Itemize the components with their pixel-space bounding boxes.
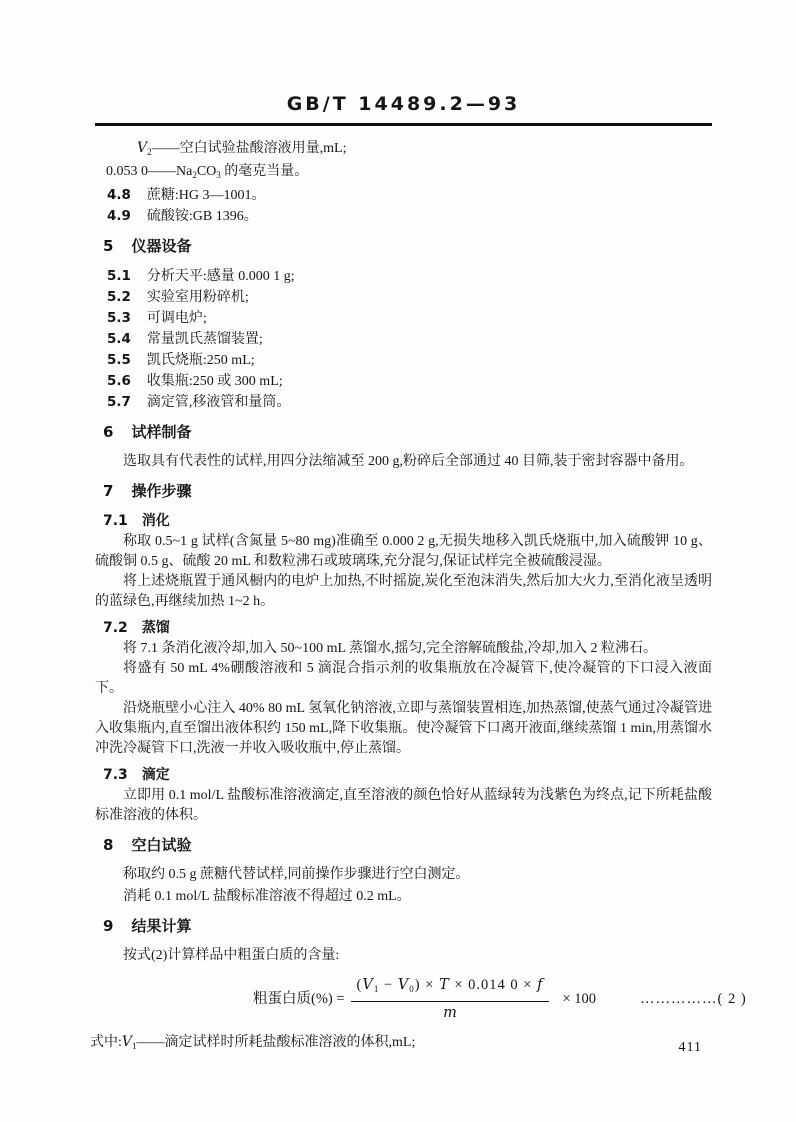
section-title: 试样制备: [131, 423, 191, 441]
clause-text: 收集瓶:250 或 300 mL;: [147, 374, 283, 389]
subsection-7-3-paragraph: 立即用 0.1 mol/L 盐酸标准溶液滴定,直至溶液的颜色恰好从蓝绿转为浅紫色…: [95, 786, 712, 826]
clause-5-2: 5.2实验室用粉碎机;: [95, 287, 712, 308]
clause-text: 硫酸铵:GB 1396。: [147, 209, 258, 224]
section-number: 8: [103, 836, 113, 854]
clause-5-4: 5.4常量凯氏蒸馏装置;: [95, 329, 712, 350]
formula-part: × 0.014 0 ×: [450, 977, 537, 993]
crude-protein-formula: 粗蛋白质(%) = (V1 − V0) × T × 0.014 0 × f m …: [95, 975, 712, 1023]
clause-text: 可调电炉;: [147, 311, 207, 326]
section-title: 蒸馏: [142, 620, 170, 636]
section-7-heading: 7操作步骤: [95, 481, 712, 501]
clause-text: 蔗糖:HG 3—1001。: [147, 188, 266, 203]
clause-5-6: 5.6收集瓶:250 或 300 mL;: [95, 371, 712, 392]
section-title: 结果计算: [131, 917, 191, 935]
formula-part: ) ×: [415, 977, 439, 993]
clause-4-8: 4.8蔗糖:HG 3—1001。: [95, 185, 712, 206]
section-number: 5: [103, 237, 113, 255]
subsection-7-2-heading: 7.2蒸馏: [95, 618, 712, 638]
variable-symbol: V: [137, 140, 147, 156]
clause-5-5: 5.5凯氏烧瓶:250 mL;: [95, 350, 712, 371]
clause-number: 5.4: [107, 331, 131, 347]
section-title: 滴定: [142, 767, 170, 783]
clause-text: 分析天平:感量 0.000 1 g;: [147, 269, 295, 284]
clause-number: 5.1: [107, 268, 131, 284]
subsection-7-2-paragraph: 将盛有 50 mL 4%硼酸溶液和 5 滴混合指示剂的收集瓶放在冷凝管下,使冷凝…: [95, 659, 712, 699]
subsection-7-1-heading: 7.1消化: [95, 511, 712, 531]
formula-variable: T: [439, 977, 450, 993]
clause-number: 5.7: [107, 394, 131, 410]
term-text: CO: [197, 164, 216, 179]
subsection-7-2-paragraph: 沿烧瓶壁小心注入 40% 80 mL 氢氧化钠溶液,立即与蒸馏装置相连,加热蒸馏…: [95, 699, 712, 759]
clause-number: 5.2: [107, 289, 131, 305]
section-number: 7: [103, 482, 113, 500]
clause-number: 4.8: [107, 187, 131, 203]
document-header: GB/T 14489.2—93: [95, 92, 712, 126]
formula-variable: V: [398, 977, 409, 993]
formula-equation-number: ……………( 2 ): [640, 989, 747, 1009]
section-6-paragraph: 选取具有代表性的试样,用四分法缩减至 200 g,粉碎后全部通过 40 目筛,装…: [95, 452, 712, 472]
section-number: 7.2: [103, 620, 128, 636]
where-label: 式中:: [90, 1035, 122, 1050]
term-text: ——空白试验盐酸溶液用量,mL;: [152, 141, 347, 156]
section-number: 7.3: [103, 767, 128, 783]
subsection-7-1-paragraph: 将上述烧瓶置于通风橱内的电炉上加热,不时摇旋,炭化至泡沫消失,然后加大火力,至消…: [95, 572, 712, 612]
clause-number: 4.9: [107, 208, 131, 224]
formula-multiplier: × 100: [562, 989, 596, 1009]
subsection-7-2-paragraph: 将 7.1 条消化液冷却,加入 50~100 mL 蒸馏水,摇匀,完全溶解硫酸盐…: [95, 639, 712, 659]
formula-part: −: [379, 977, 397, 993]
variable-symbol: V: [122, 1034, 132, 1050]
formula-numerator: (V1 − V0) × T × 0.014 0 × f: [351, 975, 550, 1002]
page-number: 411: [679, 1040, 702, 1056]
section-number: 9: [103, 917, 113, 935]
formula-fraction: (V1 − V0) × T × 0.014 0 × f m: [351, 975, 550, 1023]
formula-denominator: m: [443, 1002, 457, 1023]
section-title: 消化: [142, 513, 170, 529]
term-text: ——滴定试样时所耗盐酸标准溶液的体积,mL;: [137, 1035, 416, 1050]
section-title: 仪器设备: [131, 237, 191, 255]
formula-variable: f: [537, 977, 543, 993]
section-9-heading: 9结果计算: [95, 916, 712, 936]
clause-5-1: 5.1分析天平:感量 0.000 1 g;: [95, 266, 712, 287]
clause-text: 凯氏烧瓶:250 mL;: [147, 353, 255, 368]
section-title: 空白试验: [131, 836, 191, 854]
section-number: 7.1: [103, 513, 128, 529]
formula-variable: V: [362, 977, 373, 993]
clause-text: 实验室用粉碎机;: [147, 290, 249, 305]
section-number: 6: [103, 423, 113, 441]
term-definition-meq: 0.053 0——Na2CO3 的毫克当量。: [95, 162, 712, 185]
term-text: 0.053 0——Na: [106, 164, 192, 179]
subsection-7-3-heading: 7.3滴定: [95, 765, 712, 785]
document-page: GB/T 14489.2—93 V2——空白试验盐酸溶液用量,mL; 0.053…: [0, 0, 796, 1122]
clause-text: 滴定管,移液管和量筒。: [147, 395, 291, 410]
section-8-paragraph: 称取约 0.5 g 蔗糖代替试样,同前操作步骤进行空白测定。: [95, 865, 712, 885]
clause-number: 5.6: [107, 373, 131, 389]
term-definition-v2: V2——空白试验盐酸溶液用量,mL;: [95, 138, 712, 162]
document-body: V2——空白试验盐酸溶液用量,mL; 0.053 0——Na2CO3 的毫克当量…: [95, 126, 712, 1056]
section-5-heading: 5仪器设备: [95, 236, 712, 256]
clause-5-3: 5.3可调电炉;: [95, 308, 712, 329]
formula-variable: m: [443, 1005, 457, 1021]
subsection-7-1-paragraph: 称取 0.5~1 g 试样(含氮量 5~80 mg)准确至 0.000 2 g,…: [95, 532, 712, 572]
clause-5-7: 5.7滴定管,移液管和量筒。: [95, 392, 712, 413]
clause-number: 5.3: [107, 310, 131, 326]
formula-lhs: 粗蛋白质(%) =: [253, 989, 345, 1009]
term-text: 的毫克当量。: [221, 164, 309, 179]
formula-where-line: 式中:V1——滴定试样时所耗盐酸标准溶液的体积,mL;: [90, 1032, 712, 1056]
clause-number: 5.5: [107, 352, 131, 368]
section-title: 操作步骤: [131, 482, 191, 500]
section-8-paragraph: 消耗 0.1 mol/L 盐酸标准溶液不得超过 0.2 mL。: [95, 887, 712, 907]
section-6-heading: 6试样制备: [95, 422, 712, 442]
section-8-body: 称取约 0.5 g 蔗糖代替试样,同前操作步骤进行空白测定。 消耗 0.1 mo…: [95, 865, 712, 907]
section-9-lead-paragraph: 按式(2)计算样品中粗蛋白质的含量:: [95, 946, 712, 966]
section-8-heading: 8空白试验: [95, 835, 712, 855]
standard-number: GB/T 14489.2—93: [95, 92, 712, 116]
clause-4-9: 4.9硫酸铵:GB 1396。: [95, 206, 712, 227]
clause-text: 常量凯氏蒸馏装置;: [147, 332, 263, 347]
